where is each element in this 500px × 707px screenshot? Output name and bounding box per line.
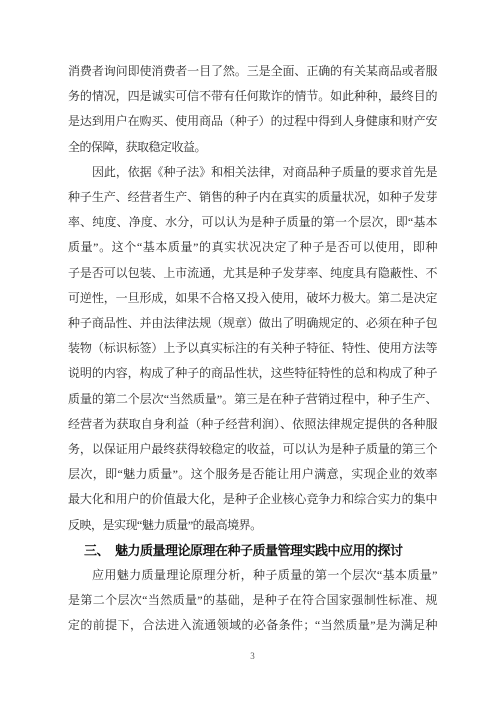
paragraph: 消费者询问即使消费者一目了然。三是全面、正确的有关某商品或者服 务的情况，四是诚…	[68, 59, 437, 160]
page-number: 3	[68, 649, 437, 663]
document-page: 消费者询问即使消费者一目了然。三是全面、正确的有关某商品或者服 务的情况，四是诚…	[0, 0, 500, 707]
text-block: 消费者询问即使消费者一目了然。三是全面、正确的有关某商品或者服 务的情况，四是诚…	[68, 59, 437, 639]
text-line: 全的保障，获取稳定收益。	[68, 135, 437, 160]
text-line: 最大化和用户的价值最大化，是种子企业核心竞争力和综合实力的集中	[68, 487, 437, 512]
text-line: 定的前提下，合法进入流通领域的必备条件；“当然质量”是为满足种	[68, 613, 437, 638]
text-line: 说明的内容，构成了种子的商品性状，这些特征特性的总和构成了种子	[68, 361, 437, 386]
text-line: 是第二个层次“当然质量”的基础，是种子在符合国家强制性标准、规	[68, 588, 437, 613]
text-line: 是达到用户在购买、使用商品（种子）的过程中得到人身健康和财产安	[68, 109, 437, 134]
text-line: 消费者询问即使消费者一目了然。三是全面、正确的有关某商品或者服	[68, 59, 437, 84]
text-line: 装物（标识标签）上予以真实标注的有关种子特征、特性、使用方法等	[68, 336, 437, 361]
text-line: 质量的第二个层次“当然质量”。第三是在种子营销过程中，种子生产、	[68, 387, 437, 412]
paragraph: 因此，依据《种子法》和相关法律，对商品种子质量的要求首先是 种子生产、经营者生产…	[68, 160, 437, 538]
text-line: 应用魅力质量理论原理分析，种子质量的第一个层次“基本质量”	[68, 563, 437, 588]
text-line: 种子商品性、并由法律法规（规章）做出了明确规定的、必须在种子包	[68, 311, 437, 336]
text-line: 层次，即“魅力质量”。这个服务是否能让用户满意，实现企业的效率	[68, 462, 437, 487]
text-line: 可逆性，一旦形成，如果不合格又投入使用，破坏力极大。第二是决定	[68, 286, 437, 311]
text-line: 经营者为获取自身利益（种子经营利润）、依照法律规定提供的各种服	[68, 412, 437, 437]
text-line: 率、纯度、净度、水分，可以认为是种子质量的第一个层次，即“基本	[68, 210, 437, 235]
text-line: 质量”。这个“基本质量”的真实状况决定了种子是否可以使用，即种	[68, 235, 437, 260]
text-line: 种子生产、经营者生产、销售的种子内在真实的质量状况，如种子发芽	[68, 185, 437, 210]
text-line: 因此，依据《种子法》和相关法律，对商品种子质量的要求首先是	[68, 160, 437, 185]
paragraph: 应用魅力质量理论原理分析，种子质量的第一个层次“基本质量” 是第二个层次“当然质…	[68, 563, 437, 639]
section-heading: 三、 魅力质量理论原理在种子质量管理实践中应用的探讨	[68, 538, 437, 563]
text-line: 务，以保证用户最终获得较稳定的收益，可以认为是种子质量的第三个	[68, 437, 437, 462]
text-line: 务的情况，四是诚实可信不带有任何欺诈的情节。如此种种，最终目的	[68, 84, 437, 109]
text-line: 反映，是实现“魅力质量”的最高境界。	[68, 513, 437, 538]
text-line: 子是否可以包装、上市流通，尤其是种子发芽率、纯度具有隐蔽性、不	[68, 261, 437, 286]
